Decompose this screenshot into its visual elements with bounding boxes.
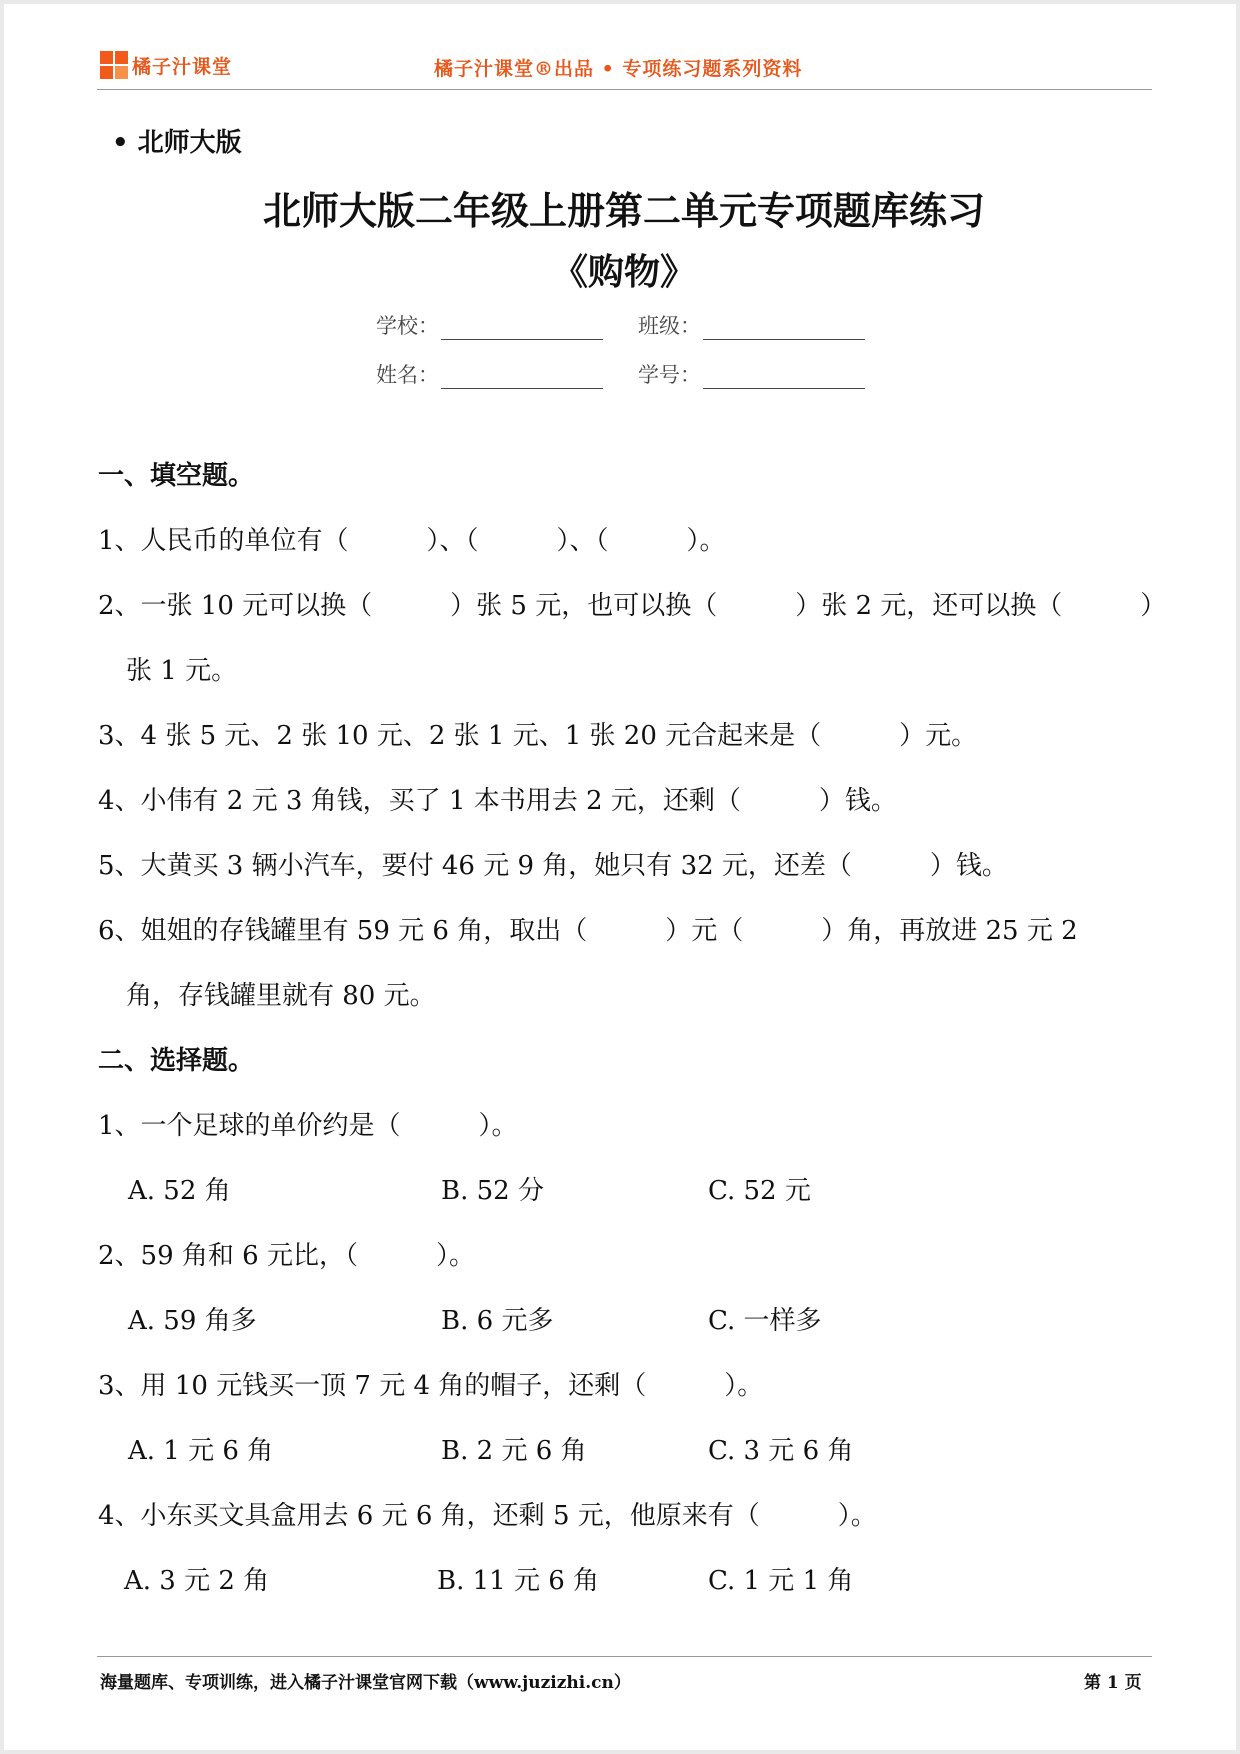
question-text: 3、4 张 5 元、2 张 10 元、2 张 1 元、1 张 20 元合起来是（… [98,715,977,752]
name-label: 姓名： [376,359,439,389]
number-label: 学号： [638,359,701,389]
header-divider [97,89,1152,90]
class-label: 班级： [638,310,701,340]
choice-option-b[interactable]: B. 11 元 6 角 [437,1560,599,1597]
page-subtitle: 《购物》 [4,244,1240,295]
header-title: 橘子汁课堂®出品 • 专项练习题系列资料 [434,54,802,81]
logo-icon [100,51,128,79]
section-heading-fill-blank: 一、填空题。 [98,455,254,492]
school-blank[interactable] [441,317,603,340]
school-label: 学校： [376,310,439,340]
choice-option-a[interactable]: A. 1 元 6 角 [128,1430,273,1467]
question-text: 4、小伟有 2 元 3 角钱，买了 1 本书用去 2 元，还剩（ ）钱。 [98,780,897,817]
page-title: 北师大版二年级上册第二单元专项题库练习 [4,180,1240,235]
class-blank[interactable] [703,317,865,340]
footer-text: 海量题库、专项训练，进入橘子汁课堂官网下载（www.juzizhi.cn） [100,1668,631,1693]
choice-option-c[interactable]: C. 一样多 [708,1300,822,1337]
number-field: 学号： [638,359,865,389]
page-number: 第 1 页 [1084,1668,1142,1693]
choice-option-b[interactable]: B. 6 元多 [441,1300,553,1337]
choice-option-a[interactable]: A. 59 角多 [128,1300,257,1337]
choice-question-stem: 4、小东买文具盒用去 6 元 6 角，还剩 5 元，他原来有（ ）。 [98,1495,877,1532]
choice-option-b[interactable]: B. 52 分 [441,1170,544,1207]
choice-question-stem: 2、59 角和 6 元比，（ ）。 [98,1235,475,1272]
document-page: 橘子汁课堂 橘子汁课堂®出品 • 专项练习题系列资料 • 北师大版 北师大版二年… [4,4,1236,1750]
question-text: 5、大黄买 3 辆小汽车，要付 46 元 9 角，她只有 32 元，还差（ ）钱… [98,845,1008,882]
choice-question-stem: 1、一个足球的单价约是（ ）。 [98,1105,518,1142]
question-text: 1、人民币的单位有（ ）、（ ）、（ ）。 [98,520,726,557]
section-heading-multiple-choice: 二、选择题。 [98,1040,254,1077]
choice-option-a[interactable]: A. 3 元 2 角 [124,1560,269,1597]
choice-option-c[interactable]: C. 1 元 1 角 [708,1560,853,1597]
question-text: 角，存钱罐里就有 80 元。 [126,975,436,1012]
logo-text: 橘子汁课堂 [132,52,232,79]
school-field: 学校： [376,310,603,340]
class-field: 班级： [638,310,865,340]
brand-logo: 橘子汁课堂 [100,51,232,79]
question-text: 2、一张 10 元可以换（ ）张 5 元，也可以换（ ）张 2 元，还可以换（ … [98,585,1166,622]
choice-option-c[interactable]: C. 52 元 [708,1170,811,1207]
choice-option-b[interactable]: B. 2 元 6 角 [441,1430,587,1467]
name-field: 姓名： [376,359,603,389]
question-text: 6、姐姐的存钱罐里有 59 元 6 角，取出（ ）元（ ）角，再放进 25 元 … [98,910,1078,947]
number-blank[interactable] [703,366,865,389]
edition-label: • 北师大版 [112,122,242,159]
choice-option-c[interactable]: C. 3 元 6 角 [708,1430,853,1467]
footer-divider [97,1656,1152,1657]
choice-question-stem: 3、用 10 元钱买一顶 7 元 4 角的帽子，还剩（ ）。 [98,1365,763,1402]
name-blank[interactable] [441,366,603,389]
question-text: 张 1 元。 [126,650,237,687]
choice-option-a[interactable]: A. 52 角 [128,1170,231,1207]
